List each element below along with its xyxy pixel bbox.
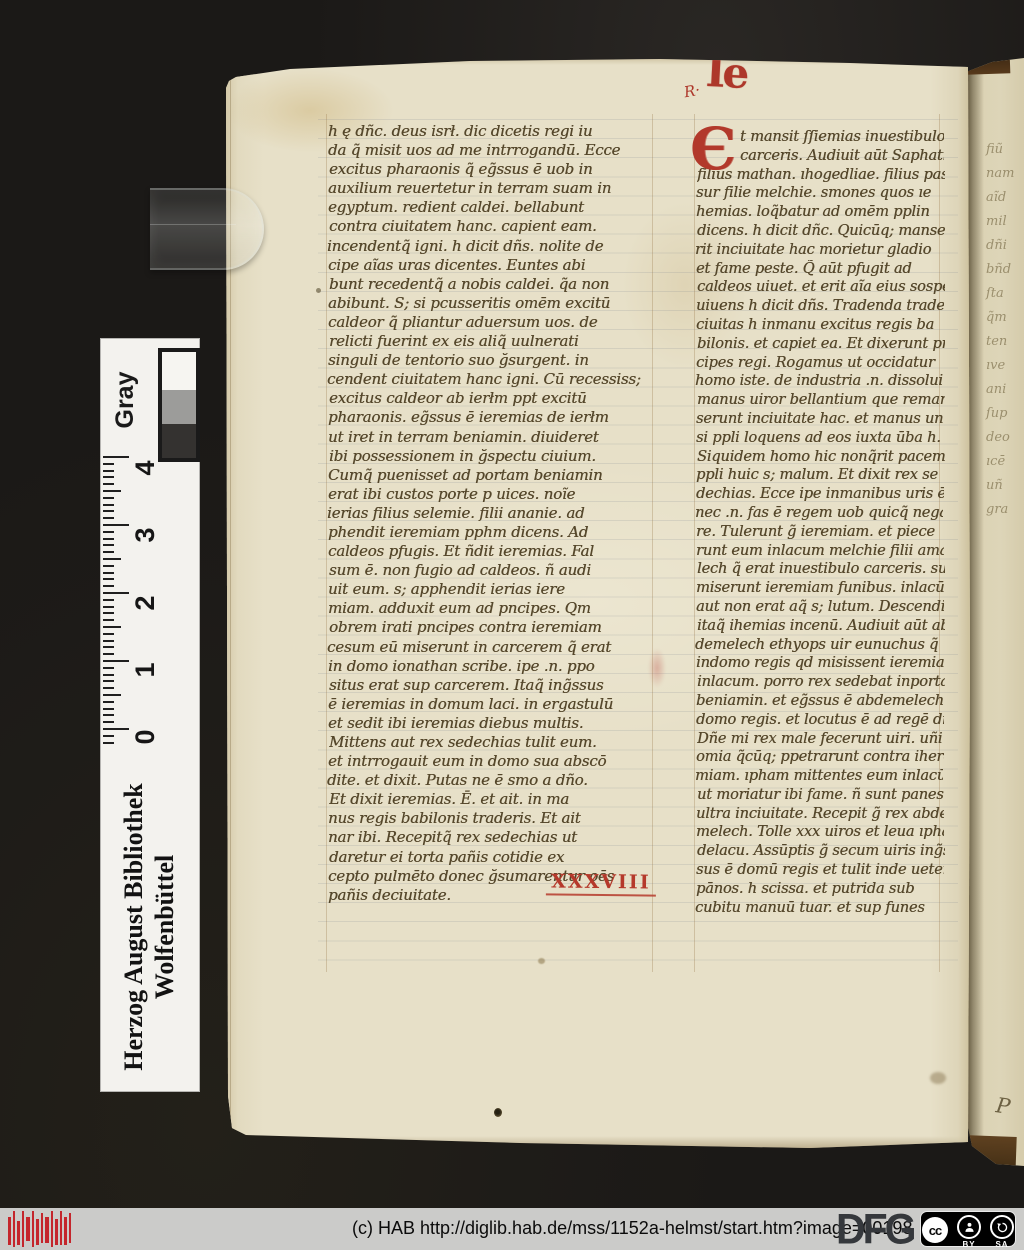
manuscript-line: manus uiror bellantium que reman [697,391,945,410]
next-page-ink-mark: P [994,1093,1011,1119]
sa-label: SA [995,1240,1008,1249]
next-page-fragment: ıcē [986,450,1022,474]
manuscript-line: erat ibi custos porte p uices. noĩe [328,485,654,504]
manuscript-line: inlacum. porro rex sedebat inporta [697,673,945,692]
manuscript-line: rit inciuitate hac morietur gladio [695,241,943,260]
manuscript-line: sum ē. non fugio ad caldeos. ñ audi [329,561,655,580]
barcode-bar [55,1219,58,1245]
next-page-fragment: ſta [986,282,1022,306]
ruler-number: 2 [130,588,160,618]
manuscript-line: aut non erat aq̃ s; lutum. Descendit [696,598,944,617]
manuscript-line: miam. ıpham mittentes eum inlacū [695,767,943,786]
ruler-tick [103,456,129,458]
ruler-tick [103,578,114,580]
manuscript-line: sus ē domū regis et tulit inde ueteres [696,861,944,880]
manuscript-line: runt eum inlacum melchie filii ama [696,542,944,561]
ruler-tick [103,626,121,628]
manuscript-line: ē ieremias in domum laci. in ergastulū [328,695,654,714]
ruler-tick [103,687,114,689]
next-page-fragment: mil [986,210,1022,234]
next-page-fragment: aĩd [986,186,1022,210]
barcode-bar [60,1211,62,1245]
next-page-fragment: gra [986,498,1022,522]
manuscript-line: nus regis babilonis traderis. Et ait [328,809,654,828]
next-page-fragment: bñd [986,258,1022,282]
ruler-tick [103,653,114,655]
manuscript-line: egyptum. redient caldei. bellabunt [328,198,654,217]
barcode-bar [45,1217,49,1243]
ruler-tick [103,572,114,574]
ruler-tick [103,538,114,540]
manuscript-line: indomo regis qd misissent ieremiam [696,654,944,673]
ruler-tick [103,619,114,621]
barcode-bar [8,1217,11,1245]
manuscript-line: serunt inciuitate hac. et manus uniu [696,410,944,429]
ruler-tick [103,517,114,519]
manuscript-line: bunt recedentq̃ a nobis caldei. q̃a non [329,275,655,294]
library-name-line2: Wolfenbüttel [149,762,180,1092]
stain [930,1072,946,1084]
library-name-line1: Herzog August Bibliothek [118,762,149,1092]
manuscript-page: Ie R· h ę dñc. deus isrł. dic dicetis re… [220,56,970,1148]
manuscript-line: sur filie melchie. smones quos ıe [696,184,944,203]
next-page-fragment: ten [986,330,1022,354]
manuscript-line: Mittens aut rex sedechias tulit eum. [329,733,655,752]
ruler-tick [103,470,114,472]
manuscript-line: contra ciuitatem hanc. capient eam. [329,217,655,236]
next-page-fragment: ſup [986,402,1022,426]
by-person-icon [957,1215,981,1239]
next-page-fragment: ıve [986,354,1022,378]
manuscript-line: auxilium reuertetur in terram suam in [328,179,654,198]
barcode-bar [17,1221,20,1245]
manuscript-line: domo regis. et locutus ē ad regē dicēs. [696,711,944,730]
manuscript-line: cesum eū miserunt in carcerem q̃ erat [327,638,653,657]
ruler-tick [103,728,129,730]
manuscript-line: caldeos uiuet. et erit aĩa eius sospes [697,278,945,297]
clip-edge-highlight [150,224,236,225]
barcode-bar [26,1217,30,1241]
ruler-tick [103,544,114,546]
manuscript-line: Dñe mi rex male fecerunt uiri. uñi [697,730,945,749]
cc-license-badge: cc BY SA [920,1211,1016,1247]
manuscript-line: excitus pharaonis q̃ eg̃ssus ē uob in [329,160,655,179]
barcode-bar [32,1211,34,1247]
next-page-fragment: deo [986,426,1022,450]
chapter-number: XXXVIII [546,870,656,896]
ruler-number: 4 [130,453,160,483]
barcode-bar [13,1211,15,1247]
manuscript-line: dite. et dixit. Putas ne ē smo a dño. [327,771,653,790]
manuscript-line: in domo ionathan scribe. ipe .n. ppo [328,657,654,676]
manuscript-line: si ppli loquens ad eos iuxta ūba h. [696,429,944,448]
cc-sa-item: SA [990,1215,1014,1249]
sa-arrow-icon [990,1215,1014,1239]
manuscript-line: cipe aĩas uras dicentes. Euntes abi [328,256,654,275]
ruler-tick [103,742,114,744]
ruler-tick [103,483,114,485]
cc-icon: cc [922,1217,948,1243]
text-column-right: t mansit ſſiemias inuestibulocarceris. A… [696,128,944,917]
ruler-number: 0 [130,722,160,752]
manuscript-line: caldeor q̃ pliantur aduersum uos. de [328,313,654,332]
manuscript-line: uiuens h dicit dñs. Tradenda tradet [696,297,944,316]
barcode-bar [69,1213,71,1243]
manuscript-line: pānos. h scissa. et putrida sub [696,880,944,899]
manuscript-line: cipes regi. Rogamus ut occidatur [696,354,944,373]
ruler-tick [103,633,114,635]
next-page-fragment: fiũ [986,138,1022,162]
hab-barcode-logo [8,1211,72,1247]
next-page-edge: fiũnamaĩdmildñibñdſtaq̃mtenıveaniſupdeoı… [966,58,1024,1166]
manuscript-line: singuli de tentorio suo ğsurgent. in [328,351,654,370]
ruler-tick [103,504,114,506]
ruler-tick [103,490,121,492]
manuscript-line: miam. adduxit eum ad pncipes. Qm [328,599,654,618]
manuscript-line: obrem irati pncipes contra ieremiam [329,618,655,637]
footer-bar: (c) HAB http://diglib.hab.de/mss/1152a-h… [0,1208,1024,1250]
photo-stage: fiũnamaĩdmildñibñdſtaq̃mtenıveaniſupdeoı… [0,0,1024,1250]
ruler-tick [103,660,129,662]
library-name-label: Herzog August Bibliothek Wolfenbüttel [118,762,182,1092]
manuscript-line: melech. Tolle xxx uiros et leua ıpham [696,823,944,842]
ruler-tick [103,585,114,587]
manuscript-line: Siquidem homo hic nonq̃rit pacem [697,448,945,467]
stain [538,958,545,964]
manuscript-line: et intrrogauit eum in domo sua abscō [328,752,654,771]
ruler-tick [103,708,114,710]
manuscript-line: Cumq̃ puenisset ad portam beniamin [328,466,654,485]
manuscript-line: ultra inciuitate. Recepit g̃ rex abde [696,805,944,824]
manuscript-line: daretur ei torta pañis cotidie ex [329,848,655,867]
rubricated-initial: Є [690,120,736,178]
ruler-tick [103,735,114,737]
ruler-tick [103,551,114,553]
next-page-fragment: nam [986,162,1022,186]
page-holder-clip [150,188,264,270]
manuscript-line: lech q̃ erat inuestibulo carceris. sub [697,560,945,579]
manuscript-line: ut moriatur ibi fame. ñ sunt panes [697,786,945,805]
manuscript-line: ciuitas h inmanu excitus regis ba [696,316,944,335]
manuscript-line: phendit ieremiam pphm dicens. Ad [328,523,654,542]
manuscript-line: cubitu manuū tuar. et sup funes [695,899,943,918]
manuscript-line: excitus caldeor ab ierłm ppt excitū [329,389,655,408]
ruler-tick [103,674,114,676]
manuscript-line: ut iret in terram beniamin. diuideret [328,428,654,447]
manuscript-line: caldeos pfugis. Et ñdit ieremias. Fal [328,542,654,561]
running-header-side-mark: R· [683,81,702,102]
manuscript-line: incendentq̃ igni. h dicit dñs. nolite de [327,237,653,256]
manuscript-line: situs erat sup carcerem. Itaq̃ ing̃ssus [329,676,655,695]
ruler-tick [103,667,114,669]
manuscript-line: et fame peste. Q̃ aūt pfugit ad [696,260,944,279]
manuscript-line: dicens. h dicit dñc. Quicūq; manse [697,222,945,241]
copyright-url: (c) HAB http://diglib.hab.de/mss/1152a-h… [352,1218,912,1239]
manuscript-line: bilonis. et capiet ea. Et dixerunt pn [697,335,945,354]
manuscript-line: uit eum. s; apphendit ierias iere [328,580,654,599]
manuscript-line: omia q̃cūq; ppetrarunt contra ihere [696,748,944,767]
ruler-tick [103,476,114,478]
wormhole-mark [494,1108,502,1117]
barcode-bar [51,1211,53,1247]
manuscript-line: abibunt. S; si pcusseritis omēm excitū [328,294,654,313]
ruler-tick [103,592,129,594]
ruler-tick [103,463,114,465]
manuscript-line: ierias filius selemie. filii ananie. ad [327,504,653,523]
barcode-bar [64,1217,67,1245]
ruler-tick [103,721,114,723]
manuscript-line: nec .n. fas ē regem uob quicq̃ nega [695,504,943,523]
ruler-tick [103,531,114,533]
ruler-tick [103,680,114,682]
ruler-tick [103,714,114,716]
manuscript-line: homo iste. de industria .n. dissoluit [695,372,943,391]
manuscript-line: h ę dñc. deus isrł. dic dicetis regi iu [328,122,654,141]
manuscript-line: cendent ciuitatem hanc igni. Cū recessis… [327,370,653,389]
ruler-number: 1 [130,655,160,685]
red-ink-smudge [648,648,666,688]
next-page-fragment: uñ [986,474,1022,498]
next-page-fragment: ani [986,378,1022,402]
ruler-tick [103,599,114,601]
dfg-logo: DFG [836,1205,914,1250]
ruler-tick [103,640,114,642]
manuscript-line: ppli huic s; malum. Et dixit rex se [696,466,944,485]
manuscript-line: ibi possessionem in ğspectu ciuium. [329,447,655,466]
cc-by-item: BY [957,1215,981,1249]
ruler-tick [103,612,114,614]
manuscript-line: hemias. loq̃batur ad omēm pplin [696,203,944,222]
barcode-bar [22,1211,24,1247]
running-header-mark: Ie [705,47,748,98]
manuscript-line: da q̃ misit uos ad me intrrogandū. Ecce [328,141,654,160]
manuscript-line: itaq̃ ihemias incenū. Audiuit aūt ab [697,617,945,636]
next-page-fragment: q̃m [986,306,1022,330]
ruler-tick [103,524,129,526]
next-page-text-fragments: fiũnamaĩdmildñibñdſtaq̃mtenıveaniſupdeoı… [986,138,1022,522]
manuscript-line: nar ibi. Recepitq̃ rex sedechias ut [328,828,654,847]
manuscript-line: delacu. Assūptis g̃ secum uiris ing̃s [697,842,945,861]
barcode-bar [41,1213,43,1243]
text-column-left: h ę dñc. deus isrł. dic dicetis regi iud… [328,122,654,905]
manuscript-line: relicti fuerint ex eis aliq̃ uulnerati [329,332,655,351]
manuscript-line: Et dixit ieremias. Ē. et ait. in ma [329,790,655,809]
ruler-tick [103,606,114,608]
ruler-tick [103,558,121,560]
manuscript-line: beniamin. et eg̃ssus ē abdemelech de [696,692,944,711]
by-label: BY [962,1240,975,1249]
ruler-tick [103,701,114,703]
ruler-tick [103,510,114,512]
manuscript-line: pharaonis. eg̃ssus ē ieremias de ierłm [328,408,654,427]
ruler-tick [103,565,114,567]
ruler-number: 3 [130,520,160,550]
barcode-bar [36,1219,39,1245]
ruler-tick [103,694,121,696]
manuscript-line: re. Tulerunt g̃ ieremiam. et piece [696,523,944,542]
binding-leather-bottom [961,1135,1016,1179]
manuscript-line: et sedit ibi ieremias diebus multis. [328,714,654,733]
stain [316,288,321,293]
next-page-fragment: dñi [986,234,1022,258]
manuscript-line: demelech ethyops uir eunuchus q̃ erat [695,636,943,655]
manuscript-line: miserunt ieremiam funibus. inlacū [696,579,944,598]
calibration-card: Gray Scale 43210 Herzog August Bibliothe… [100,338,200,1092]
manuscript-line: dechias. Ecce ipe inmanibus uris ē. [696,485,944,504]
ruler-tick [103,497,114,499]
ruler-tick [103,646,114,648]
binding-leather-top [964,53,1011,75]
